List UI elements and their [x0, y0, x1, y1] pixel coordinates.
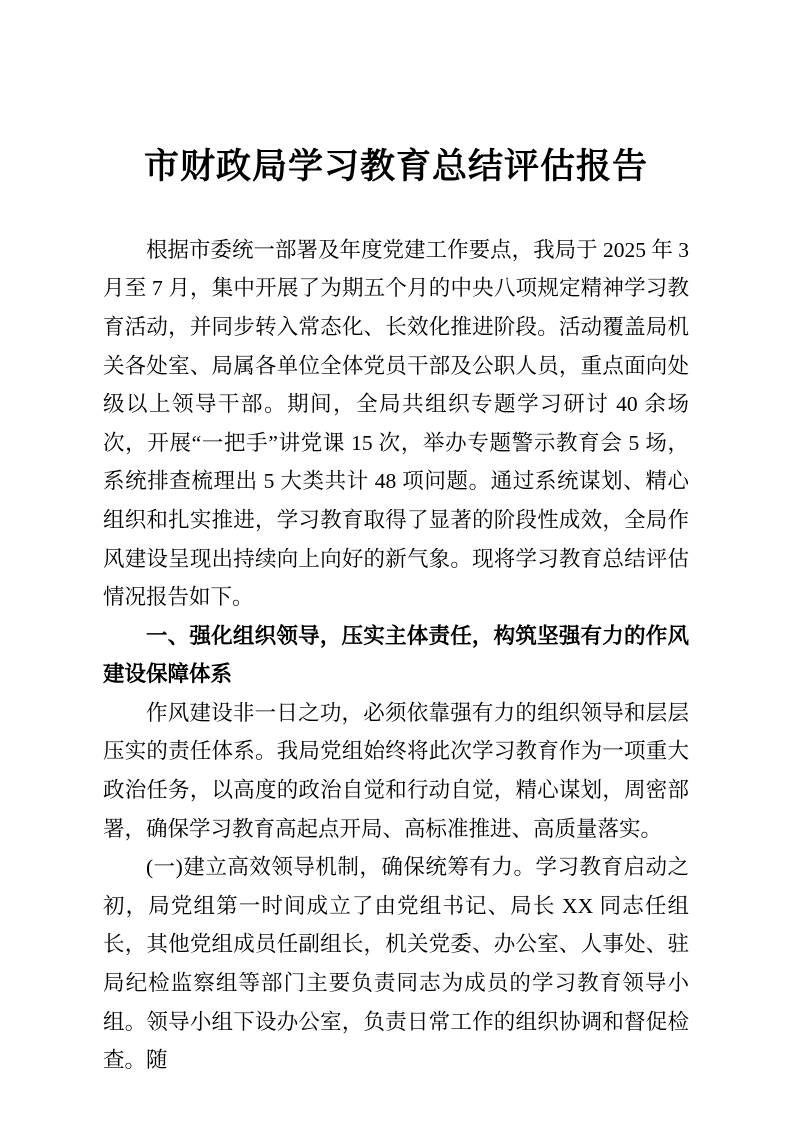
paragraph-section-1-overview: 作风建设非一日之功，必须依靠强有力的组织领导和层层压实的责任体系。我局党组始终将… [103, 694, 689, 848]
document-body: 根据市委统一部署及年度党建工作要点，我局于 2025 年 3 月至 7 月，集中… [103, 231, 689, 1080]
document-page: 市财政局学习教育总结评估报告 根据市委统一部署及年度党建工作要点，我局于 202… [0, 0, 793, 1122]
paragraph-introduction: 根据市委统一部署及年度党建工作要点，我局于 2025 年 3 月至 7 月，集中… [103, 231, 689, 617]
paragraph-section-1-item-1: (一)建立高效领导机制，确保统筹有力。学习教育启动之初，局党组第一时间成立了由党… [103, 848, 689, 1080]
document-title: 市财政局学习教育总结评估报告 [103, 145, 689, 189]
section-heading-1: 一、强化组织领导，压实主体责任，构筑坚强有力的作风建设保障体系 [103, 617, 689, 694]
